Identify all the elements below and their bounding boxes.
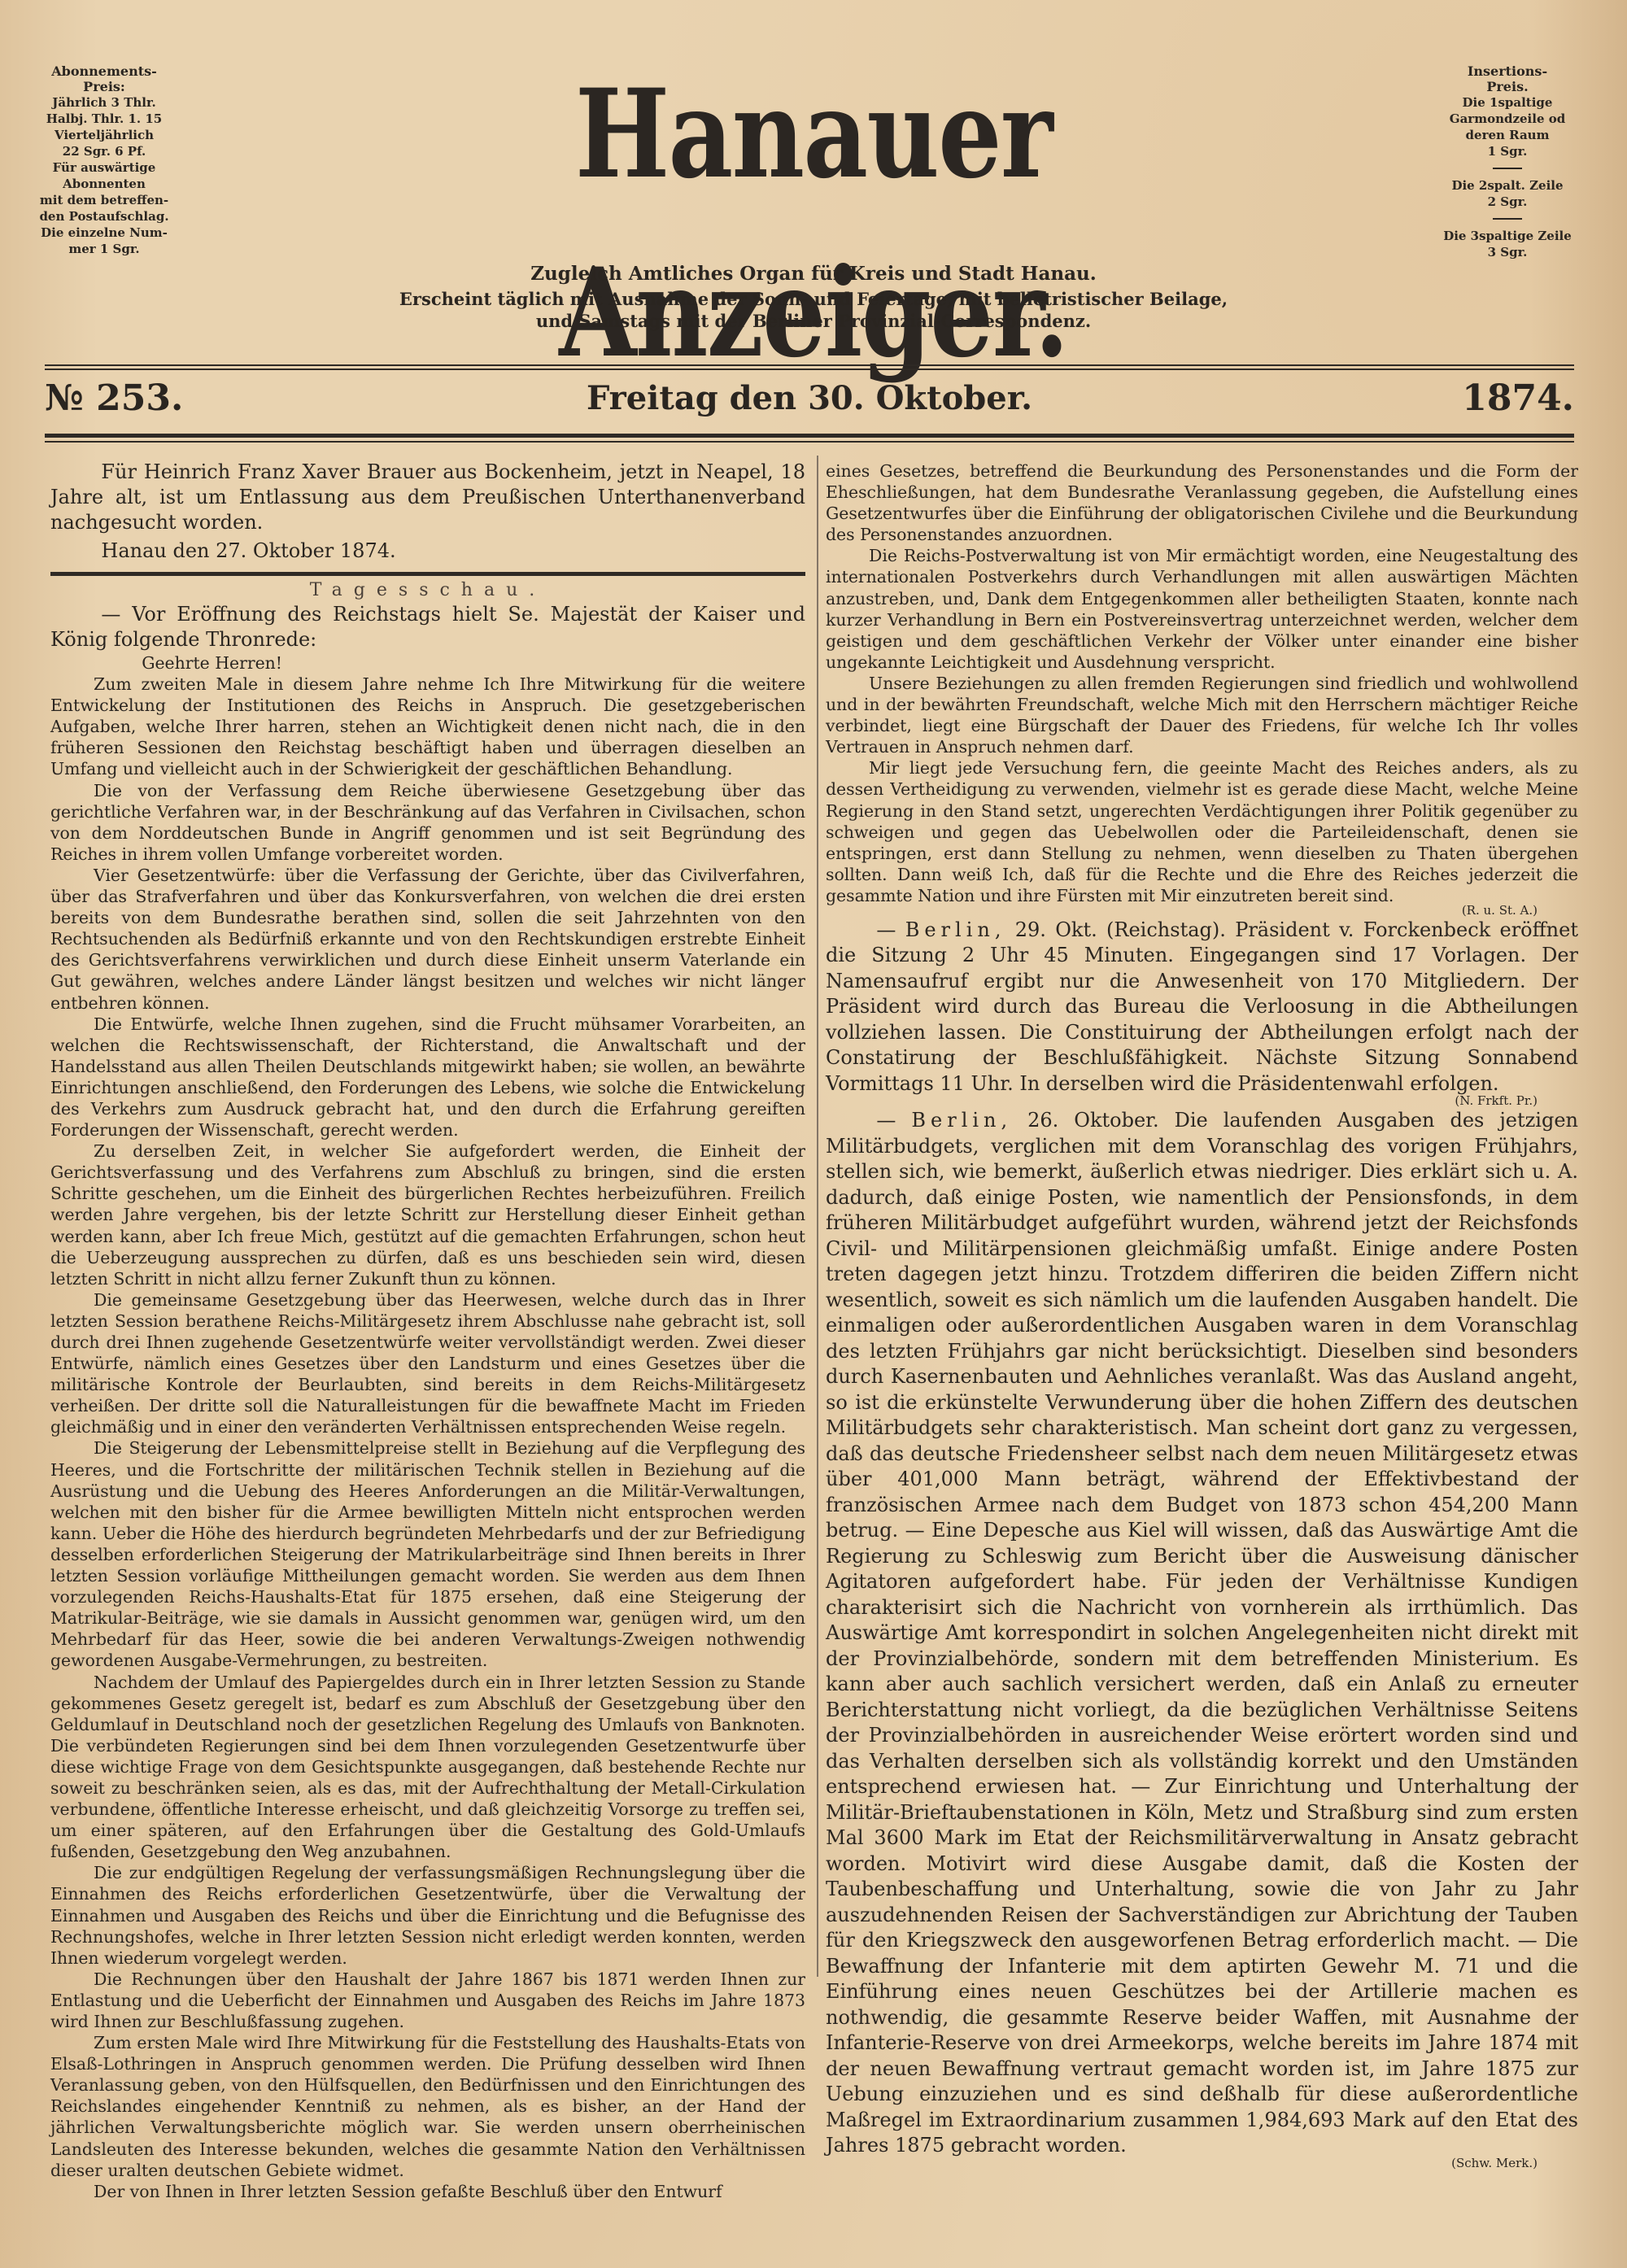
divider [1493,168,1522,169]
report-dash: — [876,918,896,941]
article-paragraph: Die von der Verfassung dem Reiche überwi… [50,780,805,865]
insertion-heading: Insertions- [1438,63,1577,79]
subscription-line: Für auswärtige [39,159,169,176]
masthead-subtitle: Zugleich Amtliches Organ für Kreis und S… [236,260,1391,332]
report-place: Berlin, [905,918,1006,941]
newspaper-page: Abonnements- Preis: Jährlich 3 Thlr. Hal… [0,0,1627,2268]
divider [1493,218,1522,220]
report-place: Berlin, [911,1109,1012,1132]
berlin-29-report: — Berlin, 29. Okt. (Reichstag). Präsiden… [826,918,1578,1097]
subtitle-supplement: und Samstags mit der Berliner Provinzial… [236,310,1391,332]
left-column: Für Heinrich Franz Xaver Brauer aus Bock… [50,460,805,2202]
berlin-26-report: — Berlin, 26. Oktober. Die laufenden Aus… [826,1108,1578,2159]
subscription-heading-2: Preis: [39,79,169,94]
newspaper-title: Hanauer Anzeiger. [340,45,1287,403]
article-paragraph: Die Steigerung der Lebensmittelpreise st… [50,1437,805,1671]
article-paragraph: Unsere Beziehungen zu allen fremden Regi… [826,673,1578,757]
subscription-line: den Postaufschlag. [39,208,169,225]
article-paragraph: Der von Ihnen in Ihrer letzten Session g… [50,2181,805,2202]
insertion-line: 3 Sgr. [1438,244,1577,260]
throne-speech-greeting: Geehrte Herren! [50,652,805,674]
insertion-line: Garmondzeile od [1438,111,1577,127]
insertion-line: Die 3spaltige Zeile [1438,228,1577,244]
subscription-line: mer 1 Sgr. [39,241,169,257]
subtitle-publication-schedule: Erscheint täglich mit Ausnahme der Sonn-… [236,288,1391,310]
subscription-line: Die einzelne Num- [39,225,169,241]
report-text: 26. Oktober. Die laufenden Ausgaben des … [826,1109,1578,2157]
throne-speech-lead: — Vor Eröffnung des Reichstags hielt Se.… [50,602,805,652]
column-divider [817,456,818,1977]
subtitle-official-organ: Zugleich Amtliches Organ für Kreis und S… [236,260,1391,288]
article-continuation: eines Gesetzes, betreffend die Beurkundu… [826,460,1578,545]
article-paragraph: Zum ersten Male wird Ihre Mitwirkung für… [50,2032,805,2181]
insertion-heading-2: Preis. [1438,79,1577,94]
article-paragraph: Zum zweiten Male in diesem Jahre nehme I… [50,674,805,779]
article-paragraph: Mir liegt jede Versuchung fern, die geei… [826,757,1578,906]
report-text: 29. Okt. (Reichstag). Präsident v. Forck… [826,918,1578,1095]
header-rule-bottom-2 [45,441,1574,443]
issue-date: Freitag den 30. Oktober. [45,370,1574,427]
article-paragraph: Vier Gesetzentwürfe: über die Verfassung… [50,865,805,1014]
issue-year: 1874. [1462,370,1574,427]
subscription-line: Abonnenten [39,176,169,192]
section-rule [50,572,805,576]
article-paragraph: Die zur endgültigen Regelung der verfass… [50,1862,805,1968]
article-paragraph: Die Rechnungen über den Haushalt der Jah… [50,1969,805,2032]
insertion-line: 2 Sgr. [1438,194,1577,210]
subscription-heading: Abonnements- [39,63,169,79]
notice-place-date: Hanau den 27. Oktober 1874. [50,539,805,564]
insertion-price-box: Insertions- Preis. Die 1spaltige Garmond… [1438,63,1577,260]
article-paragraph: Zu derselben Zeit, in welcher Sie aufgef… [50,1141,805,1289]
report-dash: — [876,1109,896,1132]
subscription-line: 22 Sgr. 6 Pf. [39,143,169,159]
subscription-line: Vierteljährlich [39,127,169,143]
article-paragraph: Die Reichs-Postverwaltung ist von Mir er… [826,545,1578,673]
insertion-line: 1 Sgr. [1438,143,1577,159]
subscription-line: Jährlich 3 Thlr. [39,94,169,111]
dateline: № 253. Freitag den 30. Oktober. 1874. [45,370,1574,427]
subscription-line: Halbj. Thlr. 1. 15 [39,111,169,127]
article-paragraph: Die gemeinsame Gesetzgebung über das Hee… [50,1289,805,1438]
insertion-line: Die 1spaltige [1438,94,1577,111]
right-column: eines Gesetzes, betreffend die Beurkundu… [826,460,1578,2170]
insertion-line: deren Raum [1438,127,1577,143]
article-paragraph: Nachdem der Umlauf des Papiergeldes durc… [50,1672,805,1863]
official-notice: Für Heinrich Franz Xaver Brauer aus Bock… [50,460,805,535]
header-rule-top [45,364,1574,366]
article-paragraph: Die Entwürfe, welche Ihnen zugehen, sind… [50,1014,805,1141]
subscription-price-box: Abonnements- Preis: Jährlich 3 Thlr. Hal… [39,63,169,257]
insertion-line: Die 2spalt. Zeile [1438,177,1577,194]
section-title-tagesschau: Tagesschau. [50,579,805,602]
header-rule-bottom [45,434,1574,438]
subscription-line: mit dem betreffen- [39,192,169,208]
